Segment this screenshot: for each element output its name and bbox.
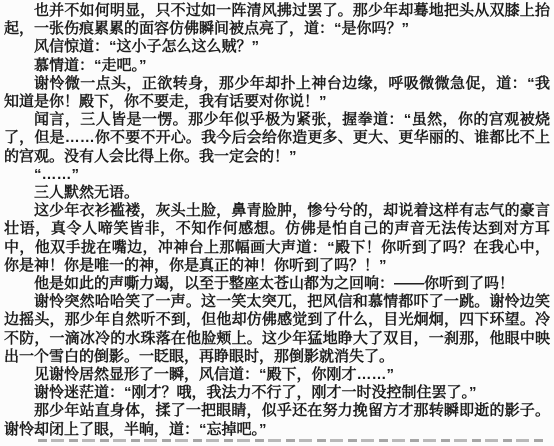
paragraph: 三人默然无语。 bbox=[4, 184, 550, 202]
paragraph: 谢怜微一点头，正欲转身，那少年却扑上神台边缘，呼吸微微急促，道：“我知道是你！殿… bbox=[4, 75, 550, 111]
paragraph: 这少年衣衫褴褛，灰头土脸，鼻青脸肿，惨兮兮的，却说着这样有志气的豪言壮语，真令人… bbox=[4, 202, 550, 275]
paragraph: 谢怜迷茫道：“刚才？哦，我法力不行了，刚才一时没控制住罢了。” bbox=[4, 384, 550, 402]
paragraph: 也并不如何明显，只不过如一阵清风拂过罢了。那少年却蓦地把头从双膝上抬起，一张伤痕… bbox=[4, 2, 550, 38]
paragraph: 那少年站直身体，揉了一把眼睛，似乎还在努力挽留方才那转瞬即逝的影子。谢怜却闭上了… bbox=[4, 402, 550, 438]
paragraph: 闻言，三人皆是一愣。那少年似乎极为紧张，握拳道：“虽然，你的宫观被烧了，但是……… bbox=[4, 111, 550, 166]
paragraph: “……” bbox=[4, 166, 550, 184]
paragraph: 见谢怜居然显形了一瞬，风信道：“殿下，你刚才……” bbox=[4, 366, 550, 384]
paragraph: 慕情道：“走吧。” bbox=[4, 57, 550, 75]
novel-text-page: 也并不如何明显，只不过如一阵清风拂过罢了。那少年却蓦地把头从双膝上抬起，一张伤痕… bbox=[0, 0, 554, 446]
clipped-text-line bbox=[38, 439, 544, 442]
paragraph: 谢怜突然哈哈笑了一声。这一笑太突兀，把风信和慕情都吓了一跳。谢怜边笑边摇头，那少… bbox=[4, 293, 550, 366]
paragraph: 他是如此的声嘶力竭，以至于整座太苍山都为之回响：——你听到了吗！ bbox=[4, 275, 550, 293]
paragraph: 风信惊道：“这小子怎么这么贼？” bbox=[4, 38, 550, 56]
